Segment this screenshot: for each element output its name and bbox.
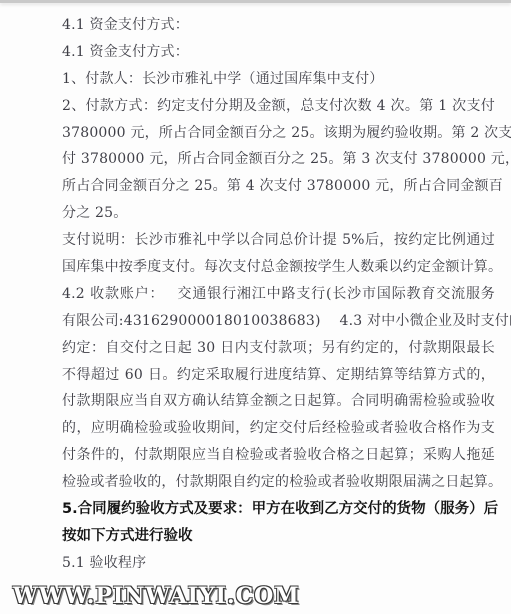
doc-line: 国库集中按季度支付。每次支付总金额按学生人数乘以约定金额计算。 xyxy=(62,254,495,281)
doc-line: 检验或者验收的，付款期限自约定的检验或者验收期限届满之日起算。 xyxy=(62,469,495,496)
doc-line: 1、付款人：长沙市雅礼中学（通过国库集中支付） xyxy=(62,66,495,93)
doc-line: 支付说明：长沙市雅礼中学以合同总价计提 5%后，按约定比例通过 xyxy=(62,227,495,254)
doc-line: 4.1 资金支付方式： xyxy=(62,12,495,39)
doc-line: 约定：自交付之日起 30 日内支付款项；另有约定的，付款期限最长 xyxy=(62,335,495,362)
doc-line: 2、付款方式：约定支付分期及金额，总支付次数 4 次。第 1 次支付 xyxy=(62,93,495,120)
doc-line: 付 3780000 元，所占合同金额百分之 25。第 3 次支付 3780000… xyxy=(62,146,495,173)
doc-heading-line: 按如下方式进行验收 xyxy=(62,523,495,550)
doc-line: 的，应明确检验或验收期间，约定交付后经检验或者验收合格作为支 xyxy=(62,415,495,442)
doc-line: 4.2 收款账户： 交通银行湘江中路支行(长沙市国际教育交流服务 xyxy=(62,281,495,308)
scan-top-edge xyxy=(0,0,511,3)
doc-line: 所占合同金额百分之 25。第 4 次支付 3780000 元，所占合同金额百 xyxy=(62,173,495,200)
doc-heading-line: 5.合同履约验收方式及要求：甲方在收到乙方交付的货物（服务）后 xyxy=(62,496,495,523)
doc-line: 4.1 资金支付方式： xyxy=(62,39,495,66)
doc-line: 不得超过 60 日。约定采取履行进度结算、定期结算等结算方式的， xyxy=(62,362,495,389)
document-page: 4.1 资金支付方式： 4.1 资金支付方式： 1、付款人：长沙市雅礼中学（通过… xyxy=(0,0,511,614)
doc-line: 分之 25。 xyxy=(62,200,495,227)
contract-text-block: 4.1 资金支付方式： 4.1 资金支付方式： 1、付款人：长沙市雅礼中学（通过… xyxy=(62,12,495,577)
doc-line: 3780000 元，所占合同金额百分之 25。该期为履约验收期。第 2 次支 xyxy=(62,120,495,147)
doc-line: 有限公司:431629000018010038683) 4.3 对中小微企业及时… xyxy=(62,308,495,335)
doc-line: 5.1 验收程序 xyxy=(62,550,495,577)
watermark: WWW.PINWAIYI.COM xyxy=(13,583,300,609)
doc-line: 付款期限应当自双方确认结算金额之日起算。合同明确需检验或验收 xyxy=(62,388,495,415)
doc-line: 付条件的，付款期限应当自检验或者验收合格之日起算；采购人拖延 xyxy=(62,442,495,469)
